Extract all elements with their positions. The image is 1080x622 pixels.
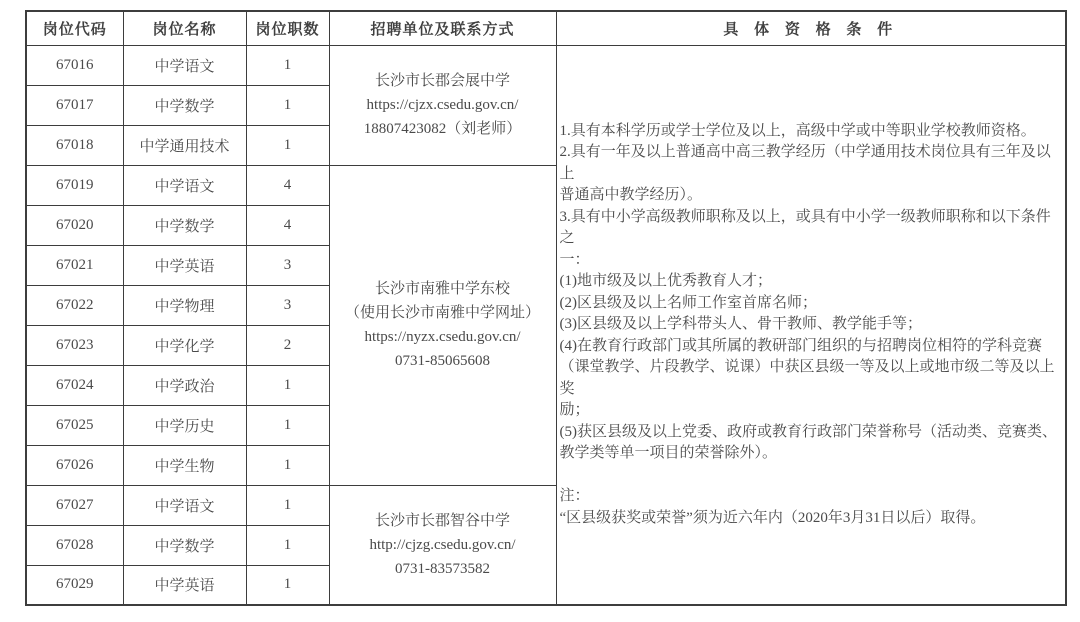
contact-cell-group-1: 长沙市长郡会展中学 https://cjzx.csedu.gov.cn/ 188… bbox=[329, 45, 556, 165]
recruitment-table: 岗位代码 岗位名称 岗位职数 招聘单位及联系方式 具 体 资 格 条 件 670… bbox=[25, 10, 1067, 606]
position-code-cell: 67029 bbox=[26, 565, 123, 605]
position-name-cell: 中学化学 bbox=[123, 325, 246, 365]
header-position-count: 岗位职数 bbox=[246, 11, 329, 45]
header-contact: 招聘单位及联系方式 bbox=[329, 11, 556, 45]
position-name-cell: 中学政治 bbox=[123, 365, 246, 405]
header-row: 岗位代码 岗位名称 岗位职数 招聘单位及联系方式 具 体 资 格 条 件 bbox=[26, 11, 1066, 45]
position-code-cell: 67020 bbox=[26, 205, 123, 245]
position-name-cell: 中学英语 bbox=[123, 245, 246, 285]
position-count-cell: 1 bbox=[246, 85, 329, 125]
qualifications-cell: 1.具有本科学历或学士学位及以上，高级中学或中等职业学校教师资格。 2.具有一年… bbox=[556, 45, 1066, 605]
position-count-cell: 1 bbox=[246, 445, 329, 485]
position-code-cell: 67025 bbox=[26, 405, 123, 445]
position-count-cell: 1 bbox=[246, 365, 329, 405]
position-count-cell: 4 bbox=[246, 205, 329, 245]
position-name-cell: 中学数学 bbox=[123, 205, 246, 245]
position-code-cell: 67028 bbox=[26, 525, 123, 565]
contact-cell-group-3: 长沙市长郡智谷中学 http://cjzg.csedu.gov.cn/ 0731… bbox=[329, 485, 556, 605]
position-count-cell: 1 bbox=[246, 125, 329, 165]
position-name-cell: 中学语文 bbox=[123, 485, 246, 525]
qualifications-text: 1.具有本科学历或学士学位及以上，高级中学或中等职业学校教师资格。 2.具有一年… bbox=[560, 121, 1058, 530]
position-code-cell: 67026 bbox=[26, 445, 123, 485]
position-name-cell: 中学语文 bbox=[123, 165, 246, 205]
header-position-code: 岗位代码 bbox=[26, 11, 123, 45]
position-count-cell: 3 bbox=[246, 245, 329, 285]
position-name-cell: 中学通用技术 bbox=[123, 125, 246, 165]
position-count-cell: 1 bbox=[246, 565, 329, 605]
header-position-name: 岗位名称 bbox=[123, 11, 246, 45]
position-count-cell: 2 bbox=[246, 325, 329, 365]
position-code-cell: 67027 bbox=[26, 485, 123, 525]
header-qualifications: 具 体 资 格 条 件 bbox=[556, 11, 1066, 45]
position-code-cell: 67021 bbox=[26, 245, 123, 285]
position-count-cell: 1 bbox=[246, 485, 329, 525]
position-code-cell: 67019 bbox=[26, 165, 123, 205]
position-name-cell: 中学历史 bbox=[123, 405, 246, 445]
position-name-cell: 中学数学 bbox=[123, 85, 246, 125]
position-name-cell: 中学英语 bbox=[123, 565, 246, 605]
table-row: 67016 中学语文 1 长沙市长郡会展中学 https://cjzx.csed… bbox=[26, 45, 1066, 85]
position-name-cell: 中学生物 bbox=[123, 445, 246, 485]
position-code-cell: 67017 bbox=[26, 85, 123, 125]
position-name-cell: 中学语文 bbox=[123, 45, 246, 85]
position-count-cell: 1 bbox=[246, 45, 329, 85]
position-count-cell: 1 bbox=[246, 525, 329, 565]
position-code-cell: 67022 bbox=[26, 285, 123, 325]
position-count-cell: 1 bbox=[246, 405, 329, 445]
position-name-cell: 中学物理 bbox=[123, 285, 246, 325]
position-code-cell: 67016 bbox=[26, 45, 123, 85]
position-code-cell: 67018 bbox=[26, 125, 123, 165]
position-count-cell: 3 bbox=[246, 285, 329, 325]
position-count-cell: 4 bbox=[246, 165, 329, 205]
position-name-cell: 中学数学 bbox=[123, 525, 246, 565]
position-code-cell: 67023 bbox=[26, 325, 123, 365]
contact-cell-group-2: 长沙市南雅中学东校 （使用长沙市南雅中学网址） https://nyzx.cse… bbox=[329, 165, 556, 485]
position-code-cell: 67024 bbox=[26, 365, 123, 405]
